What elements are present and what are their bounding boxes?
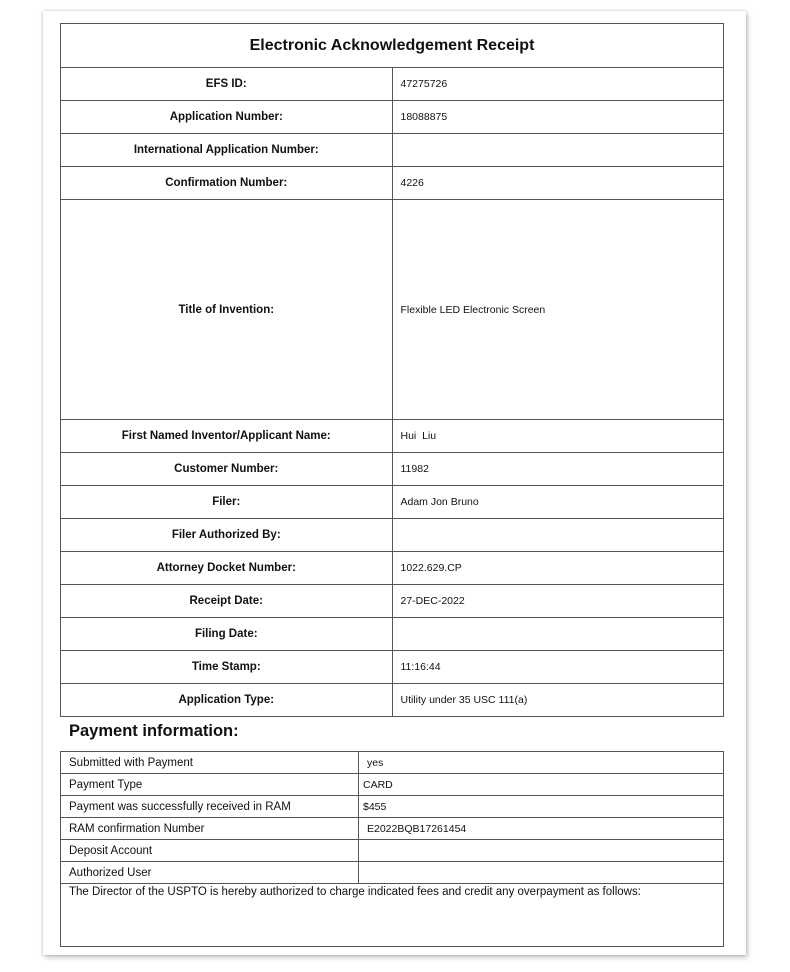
field-value: 4226 <box>392 167 724 200</box>
payment-row-ram-confirmation-number: RAM confirmation Number E2022BQB17261454 <box>61 818 724 840</box>
payment-row-payment-type: Payment Type CARD <box>61 774 724 796</box>
payment-row-payment-received: Payment was successfully received in RAM… <box>61 796 724 818</box>
field-label: EFS ID: <box>61 68 393 101</box>
payment-label: Authorized User <box>61 862 359 884</box>
field-row-filer: Filer: Adam Jon Bruno <box>61 486 724 519</box>
payment-value <box>359 862 724 884</box>
field-label: Title of Invention: <box>61 200 393 420</box>
field-row-first-named-inventor: First Named Inventor/Applicant Name: Hui… <box>61 420 724 453</box>
payment-value: yes <box>359 752 724 774</box>
payment-label: Submitted with Payment <box>61 752 359 774</box>
payment-value: E2022BQB17261454 <box>359 818 724 840</box>
payment-value <box>359 840 724 862</box>
payment-label: Payment Type <box>61 774 359 796</box>
field-value <box>392 134 724 167</box>
payment-row-deposit-account: Deposit Account <box>61 840 724 862</box>
field-row-application-number: Application Number: 18088875 <box>61 101 724 134</box>
field-value: 27-DEC-2022 <box>392 585 724 618</box>
payment-row-authorized-user: Authorized User <box>61 862 724 884</box>
field-label: Customer Number: <box>61 453 393 486</box>
field-value: Hui Liu <box>392 420 724 453</box>
payment-label: RAM confirmation Number <box>61 818 359 840</box>
receipt-title: Electronic Acknowledgement Receipt <box>61 24 724 68</box>
field-row-international-application-number: International Application Number: <box>61 134 724 167</box>
field-value <box>392 519 724 552</box>
field-value: 18088875 <box>392 101 724 134</box>
field-label: Application Type: <box>61 684 393 717</box>
field-row-application-type: Application Type: Utility under 35 USC 1… <box>61 684 724 717</box>
payment-heading: Payment information: <box>69 722 239 741</box>
document-page: Electronic Acknowledgement Receipt EFS I… <box>43 11 746 955</box>
field-row-title-of-invention: Title of Invention: Flexible LED Electro… <box>61 200 724 420</box>
field-row-attorney-docket-number: Attorney Docket Number: 1022.629.CP <box>61 552 724 585</box>
field-row-confirmation-number: Confirmation Number: 4226 <box>61 167 724 200</box>
field-value <box>392 618 724 651</box>
field-label: Application Number: <box>61 101 393 134</box>
payment-row-submitted-with-payment: Submitted with Payment yes <box>61 752 724 774</box>
field-label: Filer: <box>61 486 393 519</box>
field-row-filer-authorized-by: Filer Authorized By: <box>61 519 724 552</box>
field-label: First Named Inventor/Applicant Name: <box>61 420 393 453</box>
field-label: Time Stamp: <box>61 651 393 684</box>
field-label: Attorney Docket Number: <box>61 552 393 585</box>
field-label: Filer Authorized By: <box>61 519 393 552</box>
field-row-efs-id: EFS ID: 47275726 <box>61 68 724 101</box>
payment-label: Deposit Account <box>61 840 359 862</box>
payment-value: $455 <box>359 796 724 818</box>
field-label: Filing Date: <box>61 618 393 651</box>
payment-row-director-note: The Director of the USPTO is hereby auth… <box>61 884 724 947</box>
field-value: Adam Jon Bruno <box>392 486 724 519</box>
field-label: International Application Number: <box>61 134 393 167</box>
payment-table: Submitted with Payment yes Payment Type … <box>60 751 724 947</box>
payment-label: Payment was successfully received in RAM <box>61 796 359 818</box>
receipt-table: Electronic Acknowledgement Receipt EFS I… <box>60 23 724 717</box>
field-value: 11:16:44 <box>392 651 724 684</box>
field-row-time-stamp: Time Stamp: 11:16:44 <box>61 651 724 684</box>
payment-value: CARD <box>359 774 724 796</box>
director-authorization-note: The Director of the USPTO is hereby auth… <box>61 884 724 947</box>
field-value: 1022.629.CP <box>392 552 724 585</box>
field-label: Receipt Date: <box>61 585 393 618</box>
field-value: Utility under 35 USC 111(a) <box>392 684 724 717</box>
field-row-receipt-date: Receipt Date: 27-DEC-2022 <box>61 585 724 618</box>
field-row-filing-date: Filing Date: <box>61 618 724 651</box>
field-label: Confirmation Number: <box>61 167 393 200</box>
field-value: 47275726 <box>392 68 724 101</box>
field-row-customer-number: Customer Number: 11982 <box>61 453 724 486</box>
field-value: Flexible LED Electronic Screen <box>392 200 724 420</box>
field-value: 11982 <box>392 453 724 486</box>
